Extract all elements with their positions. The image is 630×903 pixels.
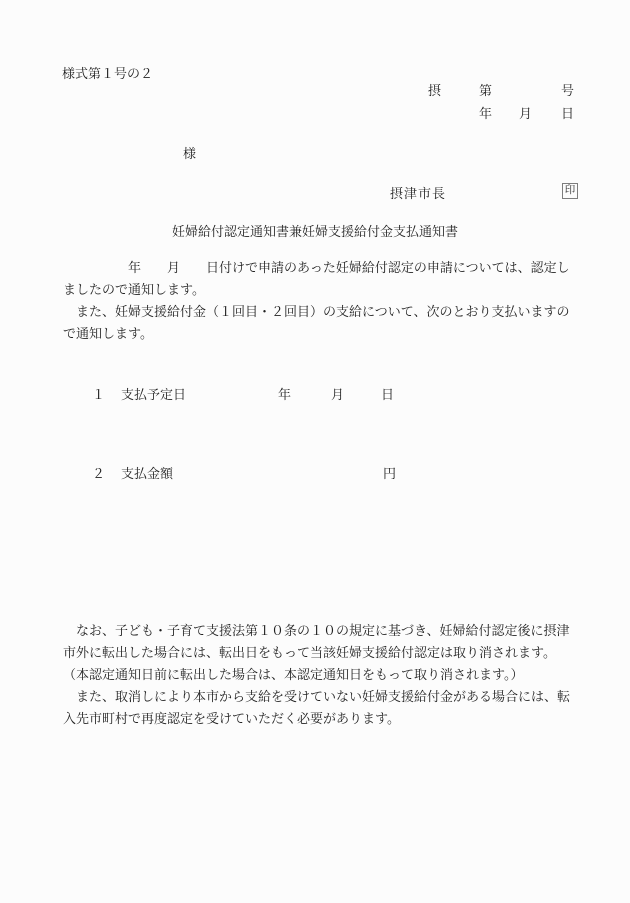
- item2-yen-label: 円: [383, 467, 396, 480]
- doc-number-go: 号: [561, 84, 574, 97]
- item1-year-label: 年: [278, 388, 291, 401]
- item2-label: 支払金額: [121, 467, 173, 480]
- notification-document-page: 様式第１号の２ 摂 第 号 年 月 日 様 摂津市長 印 妊婦給付認定通知書兼妊…: [0, 0, 630, 903]
- date-day-label: 日: [561, 107, 574, 120]
- seal-placeholder-icon: 印: [562, 183, 578, 199]
- form-code: 様式第１号の２: [62, 67, 153, 80]
- item1-day-label: 日: [381, 388, 394, 401]
- item1-label: 支払予定日: [121, 388, 186, 401]
- doc-number-dai: 第: [479, 84, 492, 97]
- sender-name: 摂津市長: [390, 187, 446, 200]
- date-month-label: 月: [519, 107, 532, 120]
- date-year-label: 年: [479, 107, 492, 120]
- item2-number: ２: [92, 467, 105, 480]
- notes-paragraph: なお、子ども・子育て支援法第１０条の１０の規定に基づき、妊婦給付認定後に摂津 市…: [63, 620, 583, 730]
- body-paragraph: 年 月 日付けで申請のあった妊婦給付認定の申請については、認定し ましたので通知…: [63, 257, 583, 345]
- addressee-honorific: 様: [183, 147, 196, 160]
- document-title: 妊婦給付認定通知書兼妊婦支援給付金支払通知書: [0, 225, 630, 238]
- doc-number-prefix: 摂: [428, 84, 441, 97]
- item1-number: １: [92, 388, 105, 401]
- item1-month-label: 月: [331, 388, 344, 401]
